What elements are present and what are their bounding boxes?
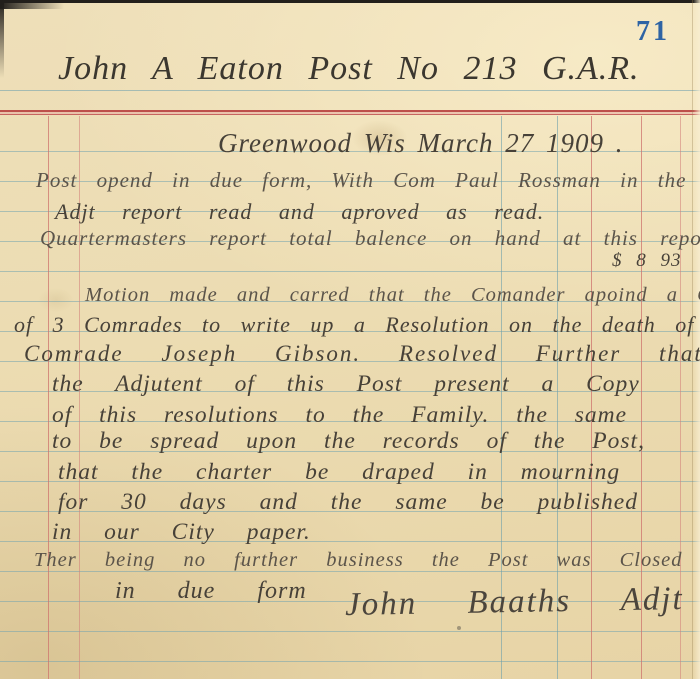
double-red-header-rule bbox=[0, 110, 700, 116]
minutes-line-12: in our City paper. bbox=[52, 521, 311, 545]
heading-underline-rule bbox=[0, 90, 700, 91]
dateline: Greenwood Wis March 27 1909 . bbox=[218, 130, 623, 157]
closing-line: in due form bbox=[115, 579, 307, 603]
minutes-line-8: of this resolutions to the Family. the s… bbox=[52, 404, 627, 428]
paper-speck bbox=[457, 626, 461, 630]
minutes-line-1: Post opend in due form, With Com Paul Ro… bbox=[36, 170, 700, 191]
minutes-line-5: of 3 Comrades to write up a Resolution o… bbox=[14, 314, 694, 336]
ledger-page: 71 John A Eaton Post No 213 G.A.R. Green… bbox=[0, 0, 700, 679]
scan-edge-right bbox=[693, 0, 700, 679]
page-number: 71 bbox=[636, 16, 670, 48]
post-heading: John A Eaton Post No 213 G.A.R. bbox=[58, 52, 640, 86]
scan-edge-top-left-wedge bbox=[0, 3, 64, 9]
minutes-line-6: Comrade Joseph Gibson. Resolved Further … bbox=[24, 342, 700, 365]
signature-line: John Baaths Adjt bbox=[345, 583, 684, 622]
minutes-line-11: for 30 days and the same be published bbox=[58, 491, 638, 515]
minutes-line-4: Motion made and carred that the Comander… bbox=[85, 285, 700, 306]
minutes-line-7: the Adjutent of this Post present a Copy bbox=[52, 373, 640, 397]
scan-edge-left bbox=[0, 0, 4, 78]
minutes-line-3: Quartermasters report total balence on h… bbox=[40, 228, 700, 249]
balance-amount: $ 8 93 bbox=[612, 251, 682, 270]
left-margin-red-line-1 bbox=[48, 116, 49, 679]
minutes-line-10: that the charter be draped in mourning bbox=[58, 461, 620, 485]
scan-edge-top bbox=[0, 0, 700, 3]
minutes-line-13: Ther being no further business the Post … bbox=[34, 550, 683, 571]
minutes-line-9: to be spread upon the records of the Pos… bbox=[52, 430, 645, 454]
minutes-line-2: Adjt report read and aproved as read. bbox=[55, 201, 544, 223]
